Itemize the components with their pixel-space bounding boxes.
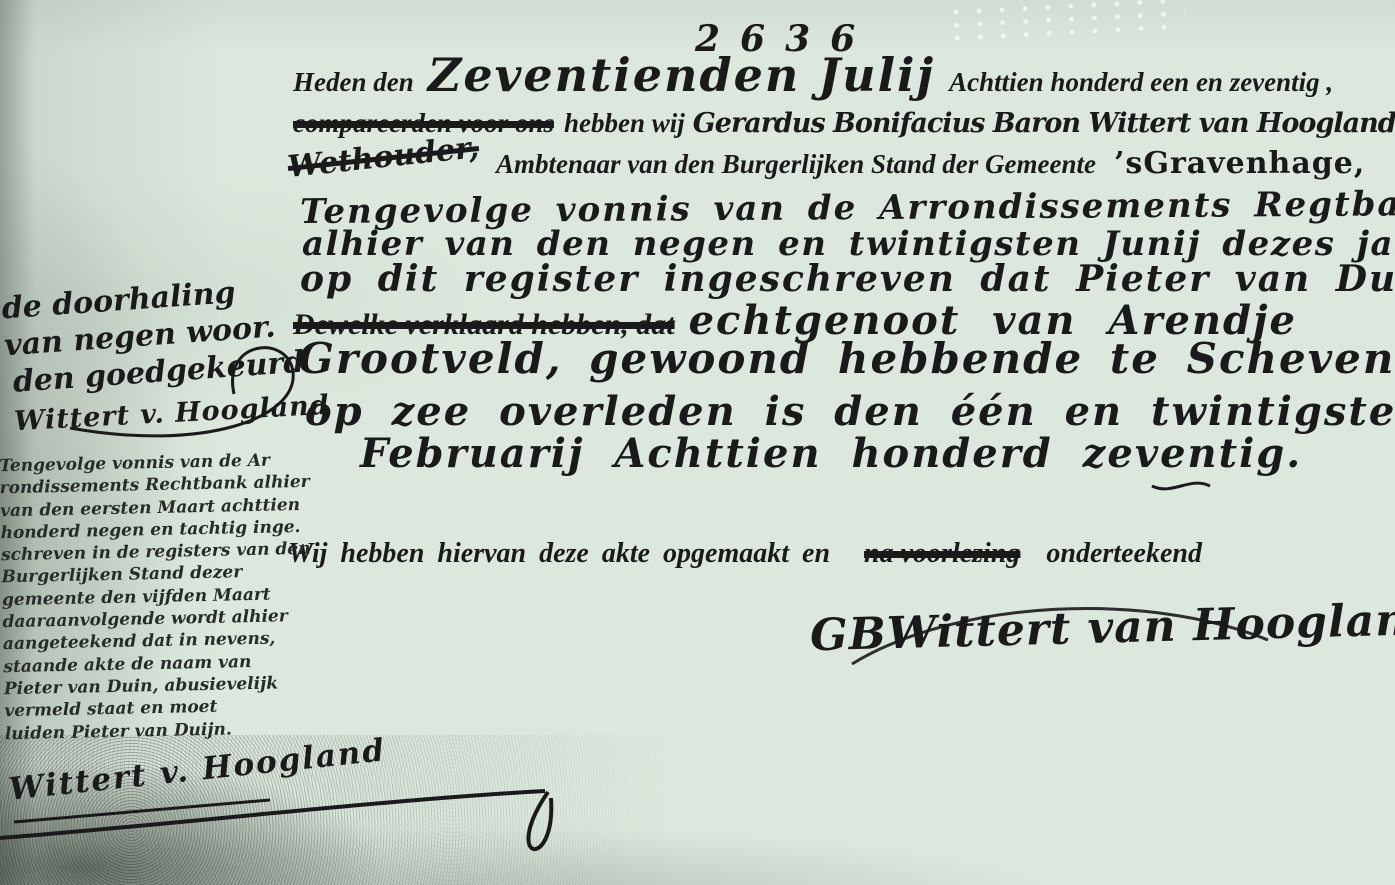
body-line-7-text: Februarij Achttien honderd zeventig.	[360, 430, 1302, 477]
printed-closing-b: onderteekend	[1046, 538, 1202, 570]
printed-official-title: Ambtenaar van den Burgerlijken Stand der…	[496, 149, 1096, 180]
struck-na-voorlezing: na voorlezing	[864, 538, 1020, 570]
printed-year: Achttien honderd een en zeventig ,	[949, 67, 1333, 98]
printed-city-name: ’sGravenhage,	[1114, 146, 1365, 181]
body-line-5: Grootveld, gewoond hebbende te Schevenin…	[298, 334, 1395, 383]
zeventig-dash-flourish	[1152, 483, 1210, 489]
handwritten-official-name: Gerardus Bonifacius Baron Wittert van Ho…	[693, 108, 1395, 139]
perforation-dots	[944, 0, 1186, 44]
body-line-6-text: op zee overleden is den één en twintigst…	[305, 388, 1395, 435]
body-line-3: op dit register ingeschreven dat Pieter …	[300, 258, 1395, 300]
closing-line: Wij hebben hiervan deze akte opgemaakt e…	[288, 538, 1202, 570]
printed-heden-den: Heden den	[293, 67, 414, 98]
body-line-7: Februarij Achttien honderd zeventig.	[360, 430, 1302, 477]
opening-line: Heden den Zeventienden Julij Achttien ho…	[293, 48, 1333, 102]
bottom-flourish-loop	[528, 792, 551, 849]
body-line-3-text: op dit register ingeschreven dat Pieter …	[300, 258, 1395, 300]
registrar-signature: GBWittert van Hoogland	[809, 594, 1395, 661]
scanned-death-record-page: 2636 Heden den Zeventienden Julij Achtti…	[0, 0, 1395, 885]
margin-rectification-note: Tengevolge vonnis van de Ar rondissement…	[0, 449, 315, 745]
struck-compareerden: compareerden voor ons	[293, 108, 554, 139]
printed-hebben-wij: hebben wij	[564, 108, 685, 139]
margin-approval-note: de doorhaling van negen woor. den goedge…	[0, 270, 305, 402]
handwritten-date: Zeventienden Julij	[428, 48, 935, 102]
printed-closing-a: Wij hebben hiervan deze akte opgemaakt e…	[288, 538, 830, 570]
body-line-5-text: Grootveld, gewoond hebbende te Schevenin…	[298, 334, 1395, 383]
title-line: Wethouder, Ambtenaar van den Burgerlijke…	[288, 146, 1365, 181]
body-line-6: op zee overleden is den één en twintigst…	[305, 388, 1395, 435]
registrar-signature-text: GBWittert van Hoogland	[809, 594, 1395, 661]
